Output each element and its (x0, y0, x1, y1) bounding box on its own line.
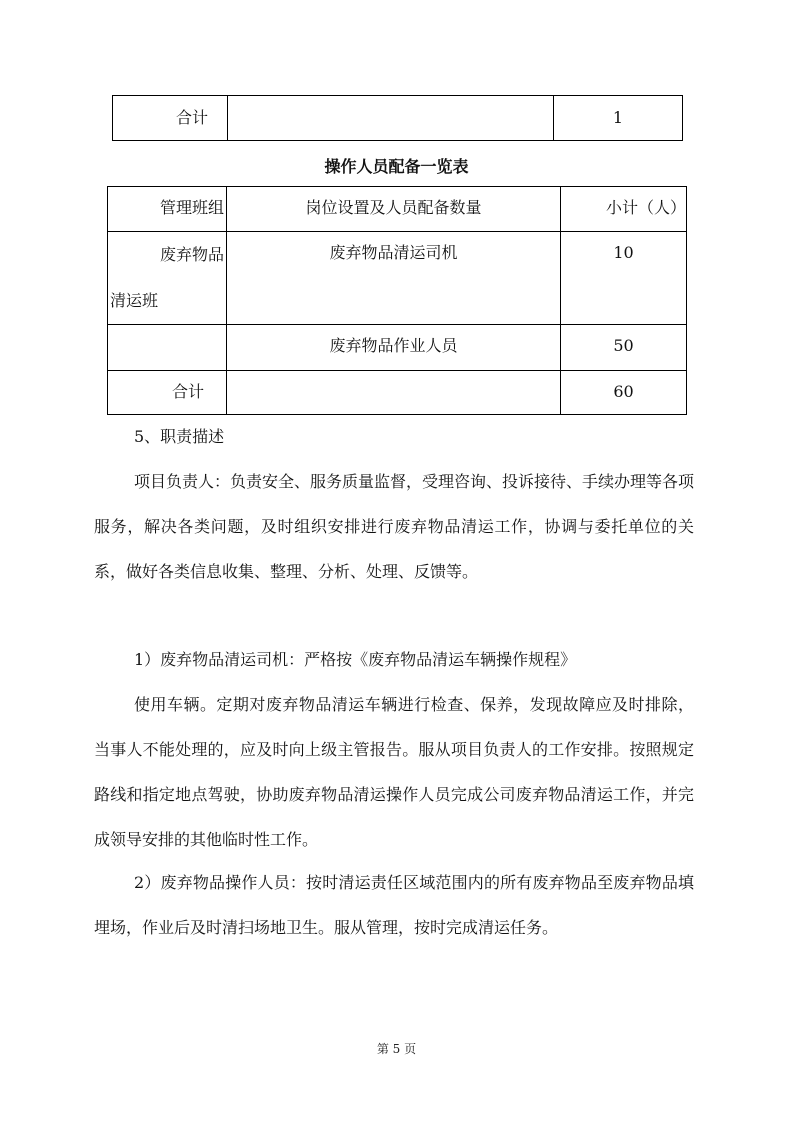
count-cell: 50 (561, 325, 687, 371)
total-value-cell: 1 (554, 96, 683, 141)
header-group: 管理班组 (108, 187, 227, 232)
staff-allocation-table: 管理班组 岗位设置及人员配备数量 小计（人） 废弃物品 清运班 废弃物品清运司机… (107, 186, 687, 415)
table-total-row: 合计 60 (108, 371, 687, 415)
document-page: 合计 1 操作人员配备一览表 管理班组 岗位设置及人员配备数量 小计（人） 废弃… (0, 0, 793, 1122)
paragraph-project-lead: 项目负责人：负责安全、服务质量监督，受理咨询、投诉接待、手续办理等各项服务，解决… (94, 459, 694, 594)
empty-cell (227, 371, 561, 415)
table-row: 合计 1 (113, 96, 683, 141)
group-cell (108, 325, 227, 371)
paragraph-driver-duties: 使用车辆。定期对废弃物品清运车辆进行检查、保养，发现故障应及时排除， 当事人不能… (94, 682, 694, 862)
table-header-row: 管理班组 岗位设置及人员配备数量 小计（人） (108, 187, 687, 232)
position-cell: 废弃物品作业人员 (227, 325, 561, 371)
group-cell: 废弃物品 清运班 (108, 232, 227, 325)
total-label-cell: 合计 (108, 371, 227, 415)
table-row: 废弃物品作业人员 50 (108, 325, 687, 371)
section-heading: 5、职责描述 (94, 414, 694, 459)
count-cell: 10 (561, 232, 687, 325)
paragraph-driver-intro: 1）废弃物品清运司机：严格按《废弃物品清运车辆操作规程》 (94, 637, 694, 682)
previous-table-total-row: 合计 1 (112, 95, 683, 141)
position-cell: 废弃物品清运司机 (227, 232, 561, 325)
table-row: 废弃物品 清运班 废弃物品清运司机 10 (108, 232, 687, 325)
page-number: 第 5 页 (0, 1040, 793, 1057)
header-subtotal: 小计（人） (561, 187, 687, 232)
empty-cell (228, 96, 554, 141)
header-position: 岗位设置及人员配备数量 (227, 187, 561, 232)
total-label-cell: 合计 (113, 96, 228, 141)
group-line-2: 清运班 (110, 291, 158, 310)
paragraph-operator-duties: 2）废弃物品操作人员：按时清运责任区域范围内的所有废弃物品至废弃物品填埋场，作业… (94, 860, 694, 950)
table-caption: 操作人员配备一览表 (0, 154, 793, 177)
group-line-1: 废弃物品 (110, 232, 226, 278)
total-count-cell: 60 (561, 371, 687, 415)
